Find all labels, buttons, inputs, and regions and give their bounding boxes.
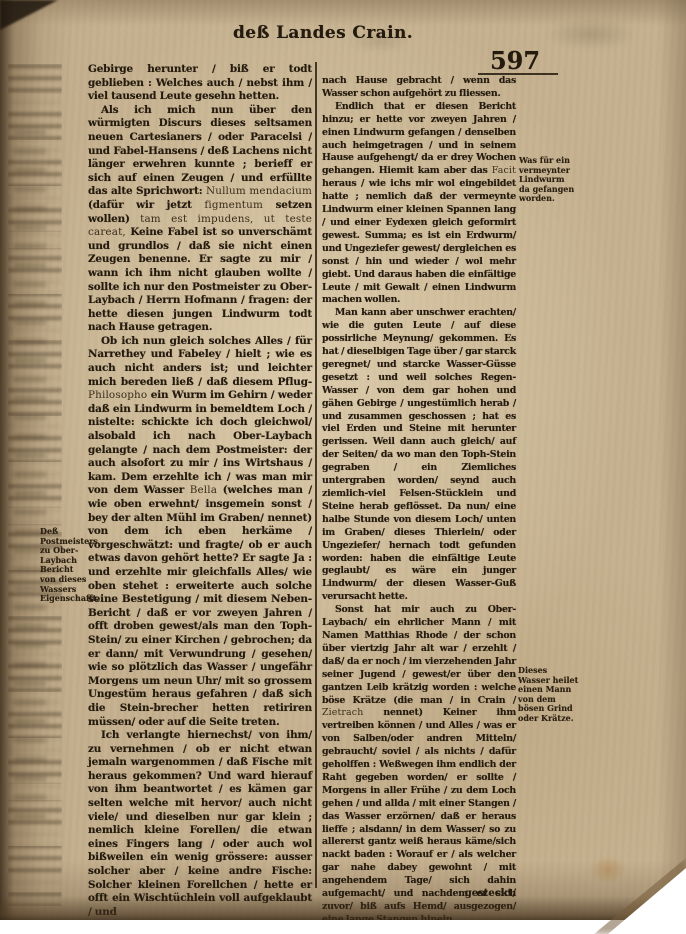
- fraktur-text-run: (welches man / wie oben erwehnt/ insgeme…: [88, 484, 312, 727]
- fraktur-text-run: nach Hause gebracht / wenn das Wasser sc…: [322, 75, 516, 99]
- scan-background: [0, 920, 686, 934]
- printed-area: deß Landes Crain. 597 Gebirge herunter /…: [0, 0, 686, 922]
- fraktur-text-run: Als ich mich nun über den würmigten Disc…: [88, 104, 312, 198]
- latin-text-run: figmentum: [204, 199, 263, 211]
- fraktur-text-run: Sonst hat mir auch zu Ober-Laybach/ ein …: [322, 604, 516, 705]
- paragraph: Man kann aber unschwer erachten/ wie die…: [322, 307, 516, 604]
- latin-text-run: Zietrach: [322, 707, 363, 718]
- paper-stain: [590, 856, 626, 884]
- fraktur-text-run: ein Wurm im Gehirn / weder daß ein Lindw…: [88, 389, 312, 496]
- page-bottom-edge-shadow: [0, 896, 648, 922]
- paragraph: nach Hause gebracht / wenn das Wasser sc…: [322, 75, 516, 101]
- fraktur-text-run: Keine Fabel ist so unverschämt und grund…: [88, 226, 312, 333]
- fraktur-text-run: Ich verlangte hiernechst/ von ihm/ zu ve…: [88, 729, 312, 918]
- fraktur-text-run: Gebirge herunter / biß er todt geblieben…: [88, 63, 312, 102]
- margin-note-postmaster-report: Deß Postmeisters zu Ober-Laybach Bericht…: [40, 527, 90, 604]
- fraktur-text-run: Man kann aber unschwer erachten/ wie die…: [322, 307, 516, 602]
- column-divider-rule: [315, 62, 317, 888]
- fraktur-text-run: Ob ich nun gleich solches Alles / für Na…: [88, 335, 312, 388]
- latin-text-run: Nullum mendacium: [206, 185, 312, 197]
- right-text-column: nach Hause gebracht / wenn das Wasser sc…: [322, 75, 516, 927]
- fraktur-text-run: (dafür wir jetzt: [88, 199, 204, 211]
- fraktur-text-run: Endlich that er diesen Bericht hinzu; er…: [322, 101, 516, 177]
- left-text-column: Gebirge herunter / biß er todt geblieben…: [88, 63, 312, 919]
- latin-text-run: Facit: [492, 165, 516, 176]
- page-number: 597: [486, 46, 544, 75]
- running-header: deß Landes Crain.: [190, 23, 456, 43]
- paragraph: Ob ich nun gleich solches Alles / für Na…: [88, 335, 312, 729]
- paragraph: Als ich mich nun über den würmigten Disc…: [88, 104, 312, 335]
- margin-note-lindworm: Was für ein vermeynter Lindwurm da gefan…: [519, 156, 577, 204]
- book-page-scan: deß Landes Crain. 597 Gebirge herunter /…: [0, 0, 686, 934]
- latin-text-run: Philosopho: [88, 389, 147, 401]
- paragraph: Ich verlangte hiernechst/ von ihm/ zu ve…: [88, 729, 312, 919]
- latin-text-run: Bella: [190, 484, 217, 496]
- paragraph: Endlich that er diesen Bericht hinzu; er…: [322, 101, 516, 308]
- fraktur-text-run: heraus / wie ichs mir wol eingebildet ha…: [322, 178, 516, 305]
- paragraph: Sonst hat mir auch zu Ober-Laybach/ ein …: [322, 604, 516, 927]
- paragraph: Gebirge herunter / biß er todt geblieben…: [88, 63, 312, 104]
- margin-note-water-healing: Dieses Wasser heilet einen Mann von dem …: [518, 666, 580, 724]
